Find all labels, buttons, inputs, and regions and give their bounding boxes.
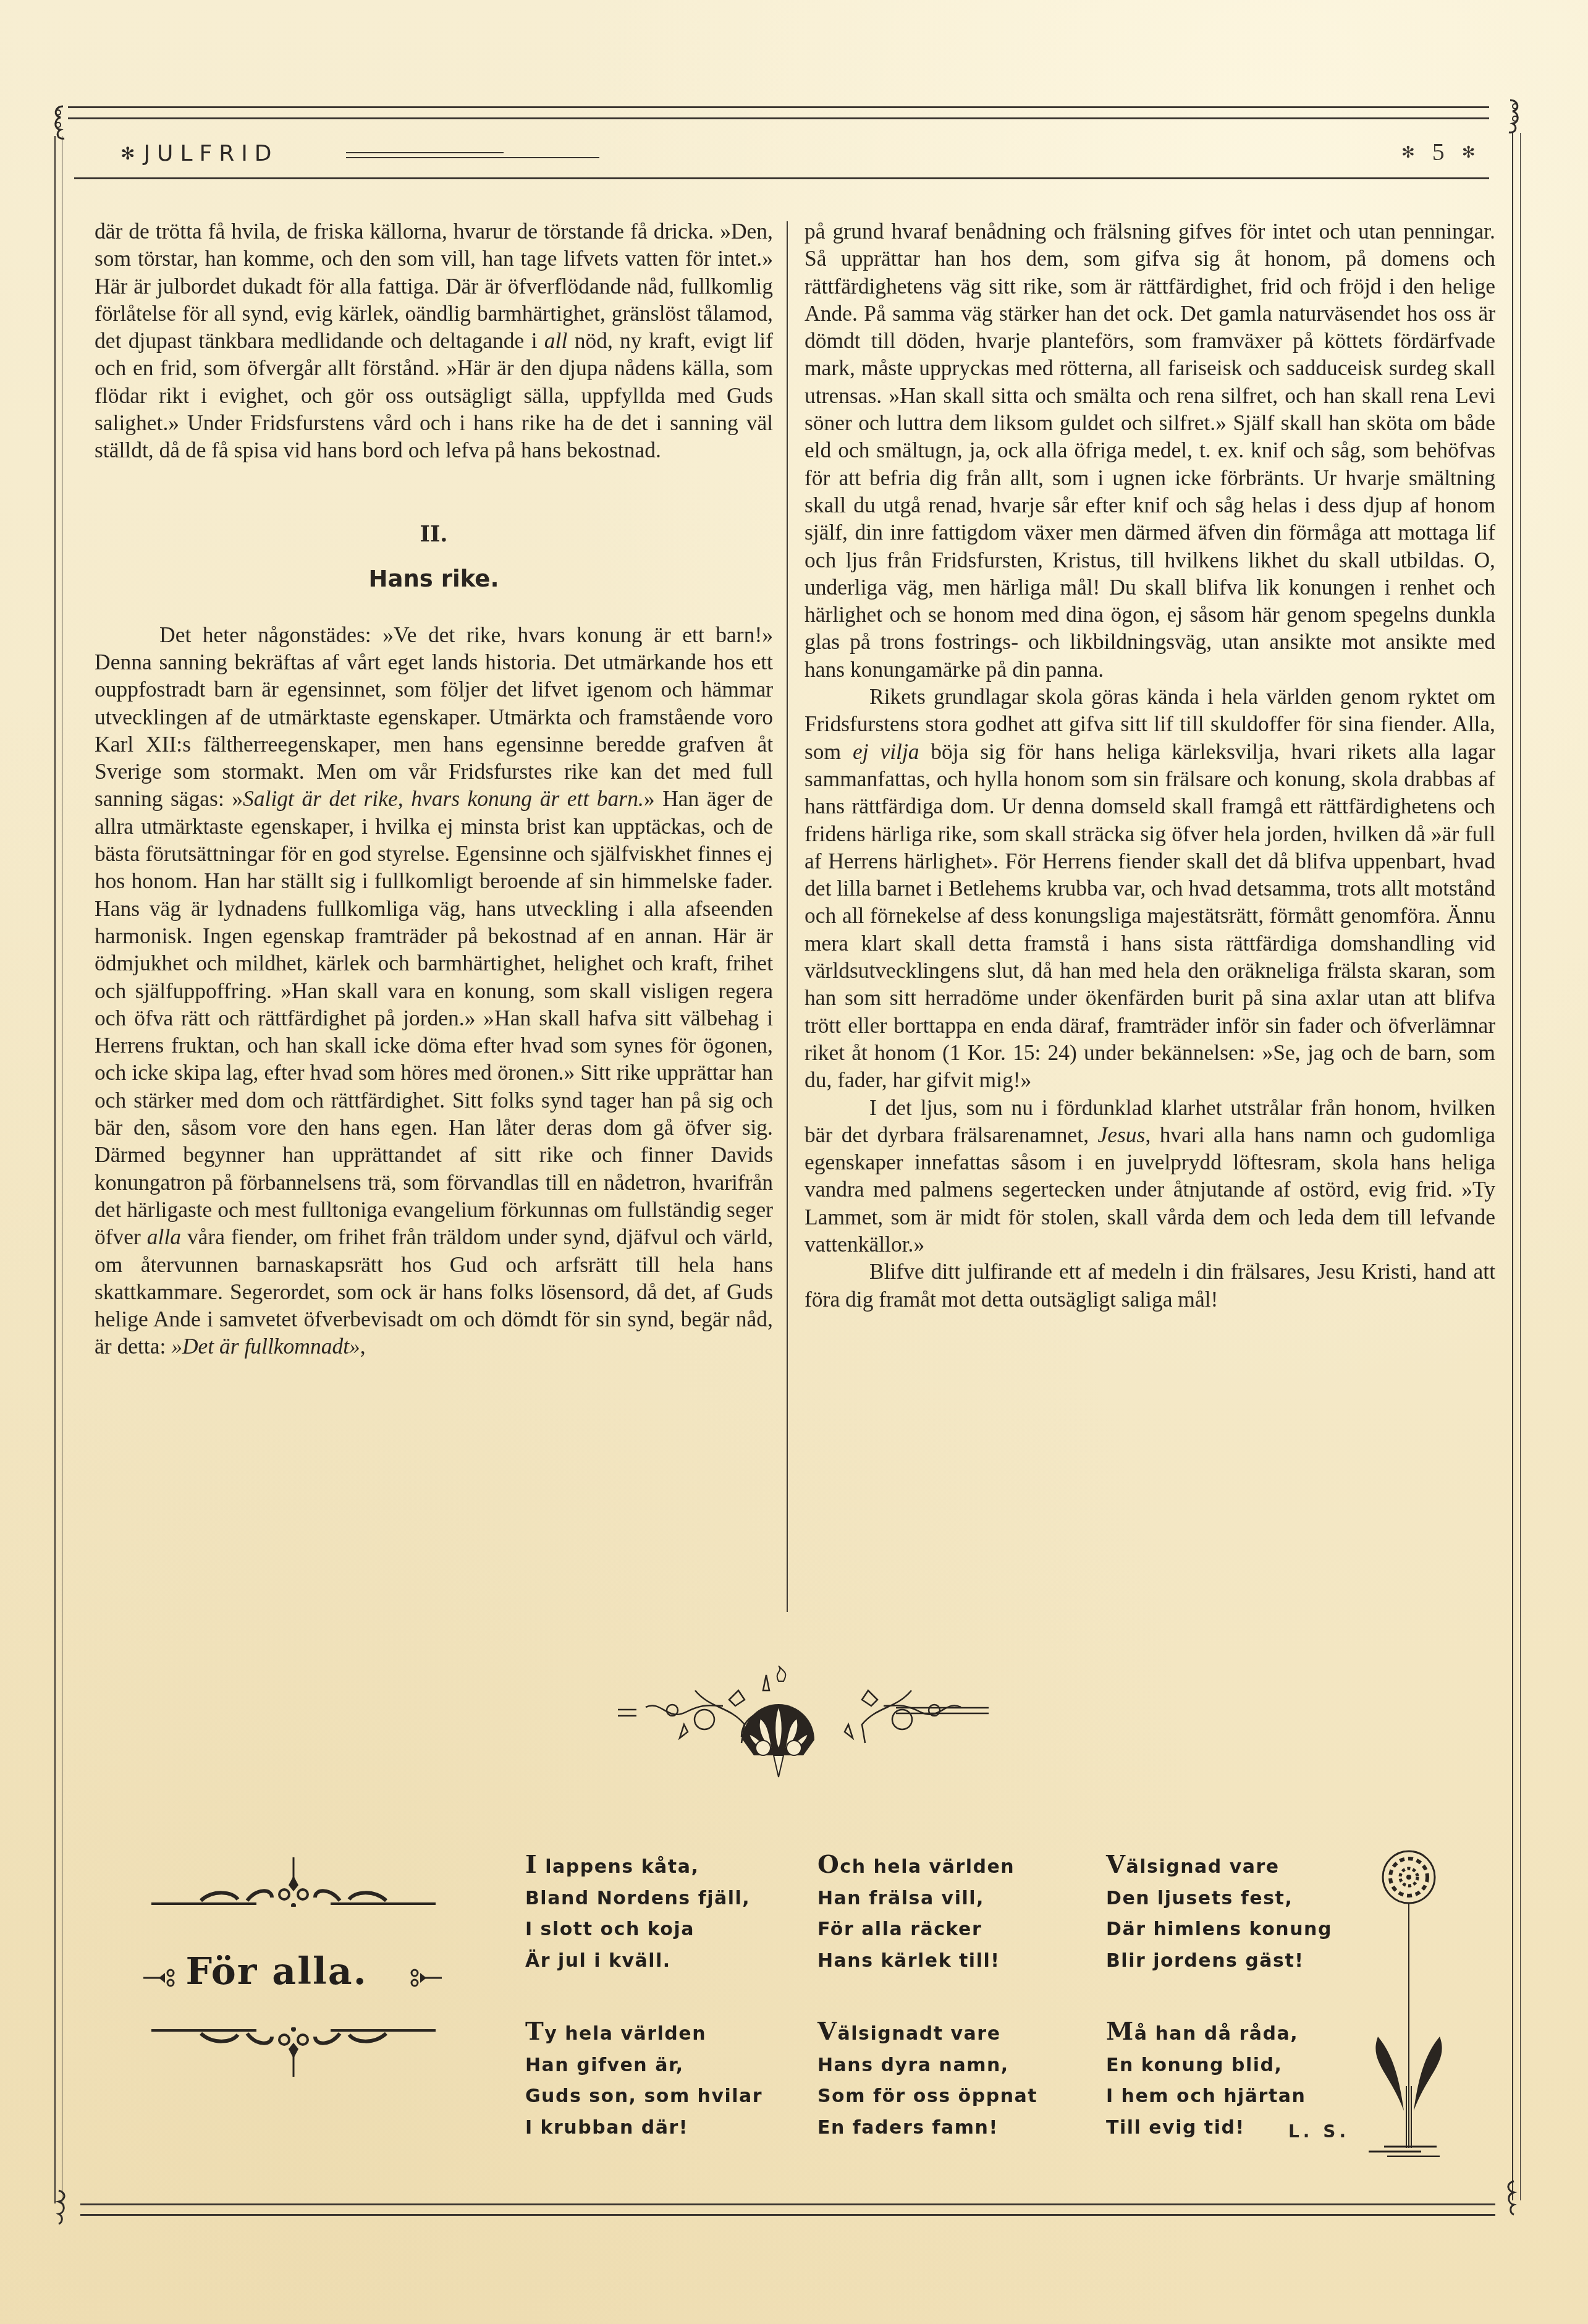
poem-line: Välsignad vare bbox=[1106, 1849, 1332, 1883]
poem-line: Som för oss öppnat bbox=[817, 2081, 1037, 2113]
left-border-line bbox=[54, 136, 56, 2203]
poem-stanza: Välsignadt vare Hans dyra namn, Som för … bbox=[817, 2016, 1037, 2144]
poem-line: För alla räcker bbox=[817, 1914, 1015, 1946]
paragraph: Rikets grundlagar skola göras kända i he… bbox=[805, 683, 1495, 1093]
top-border-line-outer bbox=[68, 106, 1489, 108]
paragraph: där de trötta få hvila, de friska källor… bbox=[95, 218, 773, 464]
text-run: Blifve ditt julfirande ett af medeln i d… bbox=[805, 1259, 1495, 1311]
left-border-line-inner bbox=[62, 136, 62, 2203]
scroll-ornament-top-icon bbox=[145, 1857, 442, 1907]
drop-initial: V bbox=[1106, 1850, 1126, 1879]
emphasis-text: alla bbox=[147, 1224, 181, 1249]
poem-line: Där himlens konung bbox=[1106, 1914, 1332, 1946]
drop-initial: O bbox=[817, 1850, 840, 1879]
drop-initial: V bbox=[817, 2017, 838, 2046]
poem-line: Välsignadt vare bbox=[817, 2016, 1037, 2050]
poem-line: Och hela världen bbox=[817, 1849, 1015, 1883]
paragraph: Det heter någonstädes: »Ve det rike, hva… bbox=[95, 621, 773, 1360]
poem-line: I lappens kåta, bbox=[525, 1849, 750, 1883]
poem-line: En konung blid, bbox=[1106, 2050, 1306, 2082]
author-signature: L. S. bbox=[1288, 2121, 1349, 2142]
paragraph: på grund hvaraf benådning och frälsning … bbox=[805, 218, 1495, 683]
corner-scroll-icon bbox=[1505, 98, 1524, 135]
left-column: där de trötta få hvila, de friska källor… bbox=[95, 218, 773, 1360]
poem-line: Blir jordens gäst! bbox=[1106, 1946, 1332, 1977]
poem-line: I krubban där! bbox=[525, 2113, 762, 2144]
poem-line: Må han då råda, bbox=[1106, 2016, 1306, 2050]
poem-line: Ty hela världen bbox=[525, 2016, 762, 2050]
emphasis-text: Jesus bbox=[1098, 1122, 1146, 1147]
star-icon: ✻ bbox=[120, 143, 135, 164]
fleuron-left-icon bbox=[143, 1966, 180, 1990]
text-run: böja sig för hans heliga kärleksvilja, h… bbox=[805, 739, 1495, 1093]
poem-stanza: Ty hela världen Han gifven är, Guds son,… bbox=[525, 2016, 762, 2144]
text-run: Det heter någonstädes: »Ve det rike, hva… bbox=[95, 622, 773, 812]
text-run: på grund hvaraf benådning och frälsning … bbox=[805, 219, 1495, 682]
drop-initial: M bbox=[1106, 2017, 1134, 2046]
poem-line: En faders famn! bbox=[817, 2113, 1037, 2144]
drop-initial: T bbox=[525, 2017, 544, 2046]
page-number: ✻ 5 ✻ bbox=[1401, 137, 1476, 166]
poem-line: Han frälsa vill, bbox=[817, 1883, 1015, 1915]
column-divider bbox=[787, 221, 788, 1612]
publication-title-text: JULFRID bbox=[143, 141, 278, 166]
right-border-line-inner bbox=[1520, 133, 1521, 2200]
poem-line: Bland Nordens fjäll, bbox=[525, 1883, 750, 1915]
emphasis-text: all bbox=[544, 328, 567, 353]
poem-stanza: Må han då råda, En konung blid, I hem oc… bbox=[1106, 2016, 1306, 2144]
right-border-line bbox=[1512, 133, 1513, 2200]
emphasis-text: »Det är fullkomnadt» bbox=[171, 1334, 360, 1359]
poem-line: I slott och koja bbox=[525, 1914, 750, 1946]
title-rule-lower bbox=[346, 157, 599, 158]
paragraph: Blifve ditt julfirande ett af medeln i d… bbox=[805, 1258, 1495, 1313]
poem-line: I hem och hjärtan bbox=[1106, 2081, 1306, 2113]
emphasis-text: Saligt är det rike, hvars konung är ett … bbox=[243, 786, 644, 811]
poem-line: Guds son, som hvilar bbox=[525, 2081, 762, 2113]
poem-stanza: Och hela världen Han frälsa vill, För al… bbox=[817, 1849, 1015, 1977]
star-icon: ✻ bbox=[1401, 143, 1415, 161]
header-rule bbox=[74, 177, 1489, 179]
top-border-line-inner bbox=[68, 117, 1489, 119]
scroll-ornament-bottom-icon bbox=[145, 2027, 442, 2077]
bottom-border-line-inner bbox=[80, 2214, 1495, 2216]
page-number-value: 5 bbox=[1432, 138, 1445, 166]
fleuron-right-icon bbox=[405, 1966, 442, 1990]
paragraph: I det ljus, som nu i fördunklad klarhet … bbox=[805, 1094, 1495, 1258]
emphasis-text: ej vilja bbox=[853, 739, 919, 764]
star-icon: ✻ bbox=[1462, 143, 1476, 161]
flower-ornament-icon bbox=[1366, 1845, 1452, 2157]
title-rule-upper bbox=[346, 152, 504, 153]
poem-line: Är jul i kväll. bbox=[525, 1946, 750, 1977]
poem-stanza: Välsignad vare Den ljusets fest, Där him… bbox=[1106, 1849, 1332, 1977]
poem-line: Den ljusets fest, bbox=[1106, 1883, 1332, 1915]
section-number: II. bbox=[95, 521, 773, 548]
palmette-ornament-icon bbox=[618, 1663, 989, 1786]
section-title: Hans rike. bbox=[95, 566, 773, 593]
text-run: » Han äger de allra utmärktaste egenskap… bbox=[95, 786, 773, 1249]
text-run: , bbox=[360, 1334, 366, 1359]
corner-scroll-icon bbox=[1503, 2179, 1521, 2216]
drop-initial: I bbox=[525, 1850, 538, 1879]
corner-scroll-icon bbox=[53, 2188, 71, 2225]
corner-scroll-icon bbox=[49, 104, 68, 141]
publication-title: ✻JULFRID bbox=[120, 141, 279, 166]
poem-line: Till evig tid! bbox=[1106, 2113, 1306, 2144]
poem-stanza: I lappens kåta, Bland Nordens fjäll, I s… bbox=[525, 1849, 750, 1977]
right-column: på grund hvaraf benådning och frälsning … bbox=[805, 218, 1495, 1313]
bottom-border-line-outer bbox=[80, 2203, 1495, 2205]
poem-line: Han gifven är, bbox=[525, 2050, 762, 2082]
poem-line: Hans dyra namn, bbox=[817, 2050, 1037, 2082]
poem-line: Hans kärlek till! bbox=[817, 1946, 1015, 1977]
